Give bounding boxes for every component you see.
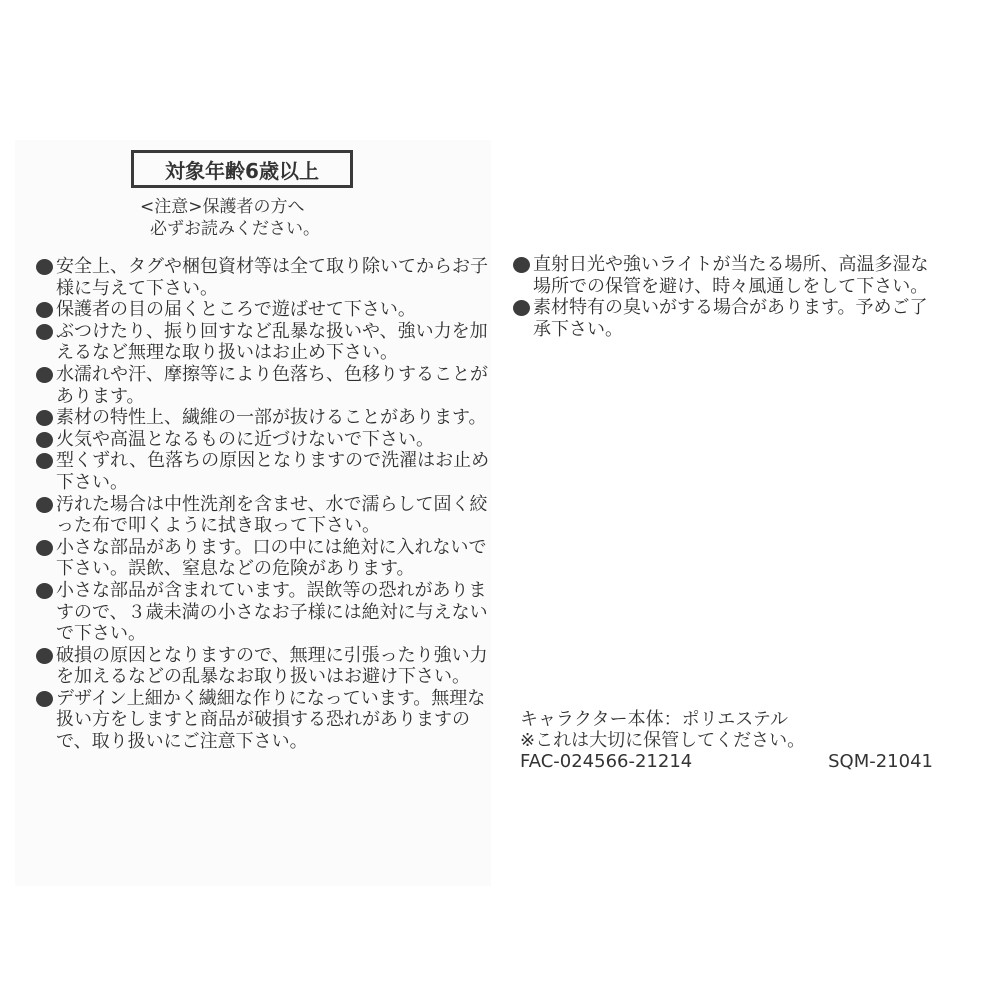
product-code-right: SQM-21041 <box>828 751 933 772</box>
bullet-icon <box>36 648 53 664</box>
warning-item: 素材の特性上、繊維の一部が抜けることがあります。 <box>36 407 491 429</box>
bullet-icon <box>36 497 53 513</box>
warning-item: 水濡れや汗、摩擦等により色落ち、色移りすることがあります。 <box>36 364 491 407</box>
bullet-icon <box>513 300 530 316</box>
bullet-icon <box>36 691 53 707</box>
material-text: キャラクター本体：ポリエステル <box>520 709 950 730</box>
warning-item: 火気や高温となるものに近づけないで下さい。 <box>36 429 491 451</box>
warning-item: 保護者の目の届くところで遊ばせて下さい。 <box>36 299 491 321</box>
bullet-icon <box>36 540 53 556</box>
bullet-icon <box>36 324 53 340</box>
bullet-icon <box>36 259 53 275</box>
warning-item: 素材特有の臭いがする場合があります。予めご了承下さい。 <box>513 297 943 340</box>
warning-item: 破損の原因となりますので、無理に引張ったり強い力を加えるなどの乱暴なお取り扱いは… <box>36 645 491 688</box>
age-notice: 対象年齢6歳以上 <box>165 155 319 184</box>
warning-item: 小さな部品があります。口の中には絶対に入れないで下さい。誤飲、窒息などの危険があ… <box>36 537 491 580</box>
bullet-icon <box>36 410 53 426</box>
caution-header-line2: 必ずお読みください。 <box>140 218 370 240</box>
bullet-icon <box>36 453 53 469</box>
caution-header: <注意>保護者の方へ 必ずお読みください。 <box>140 196 370 240</box>
product-codes: FAC-024566-21214 SQM-21041 <box>520 751 933 772</box>
warning-item: 型くずれ、色落ちの原因となりますので洗濯はお止め下さい。 <box>36 450 491 493</box>
caution-header-line1: <注意>保護者の方へ <box>140 196 370 218</box>
warning-item: デザイン上細かく繊細な作りになっています。無理な扱い方をしますと商品が破損する恐… <box>36 688 491 753</box>
bullet-icon <box>36 583 53 599</box>
warning-item: 汚れた場合は中性洗剤を含ませ、水で濡らして固く絞った布で叩くように拭き取って下さ… <box>36 494 491 537</box>
warning-item: 安全上、タグや梱包資材等は全て取り除いてからお子様に与えて下さい。 <box>36 256 491 299</box>
bullet-icon <box>36 367 53 383</box>
warning-list-left: 安全上、タグや梱包資材等は全て取り除いてからお子様に与えて下さい。 保護者の目の… <box>36 256 491 753</box>
keep-notice: ※これは大切に保管してください。 <box>520 730 950 751</box>
material-info: キャラクター本体：ポリエステル ※これは大切に保管してください。 FAC-024… <box>520 709 950 772</box>
warning-list-right: 直射日光や強いライトが当たる場所、高温多湿な場所での保管を避け、時々風通しをして… <box>513 254 943 340</box>
bullet-icon <box>36 432 53 448</box>
bullet-icon <box>513 257 530 273</box>
warning-item: 小さな部品が含まれています。誤飲等の恐れがありますので、３歳未満の小さなお子様に… <box>36 580 491 645</box>
age-notice-box: 対象年齢6歳以上 <box>131 150 353 188</box>
bullet-icon <box>36 302 53 318</box>
warning-item: 直射日光や強いライトが当たる場所、高温多湿な場所での保管を避け、時々風通しをして… <box>513 254 943 297</box>
product-code-left: FAC-024566-21214 <box>520 751 692 772</box>
warning-item: ぶつけたり、振り回すなど乱暴な扱いや、強い力を加えるなど無理な取り扱いはお止め下… <box>36 321 491 364</box>
